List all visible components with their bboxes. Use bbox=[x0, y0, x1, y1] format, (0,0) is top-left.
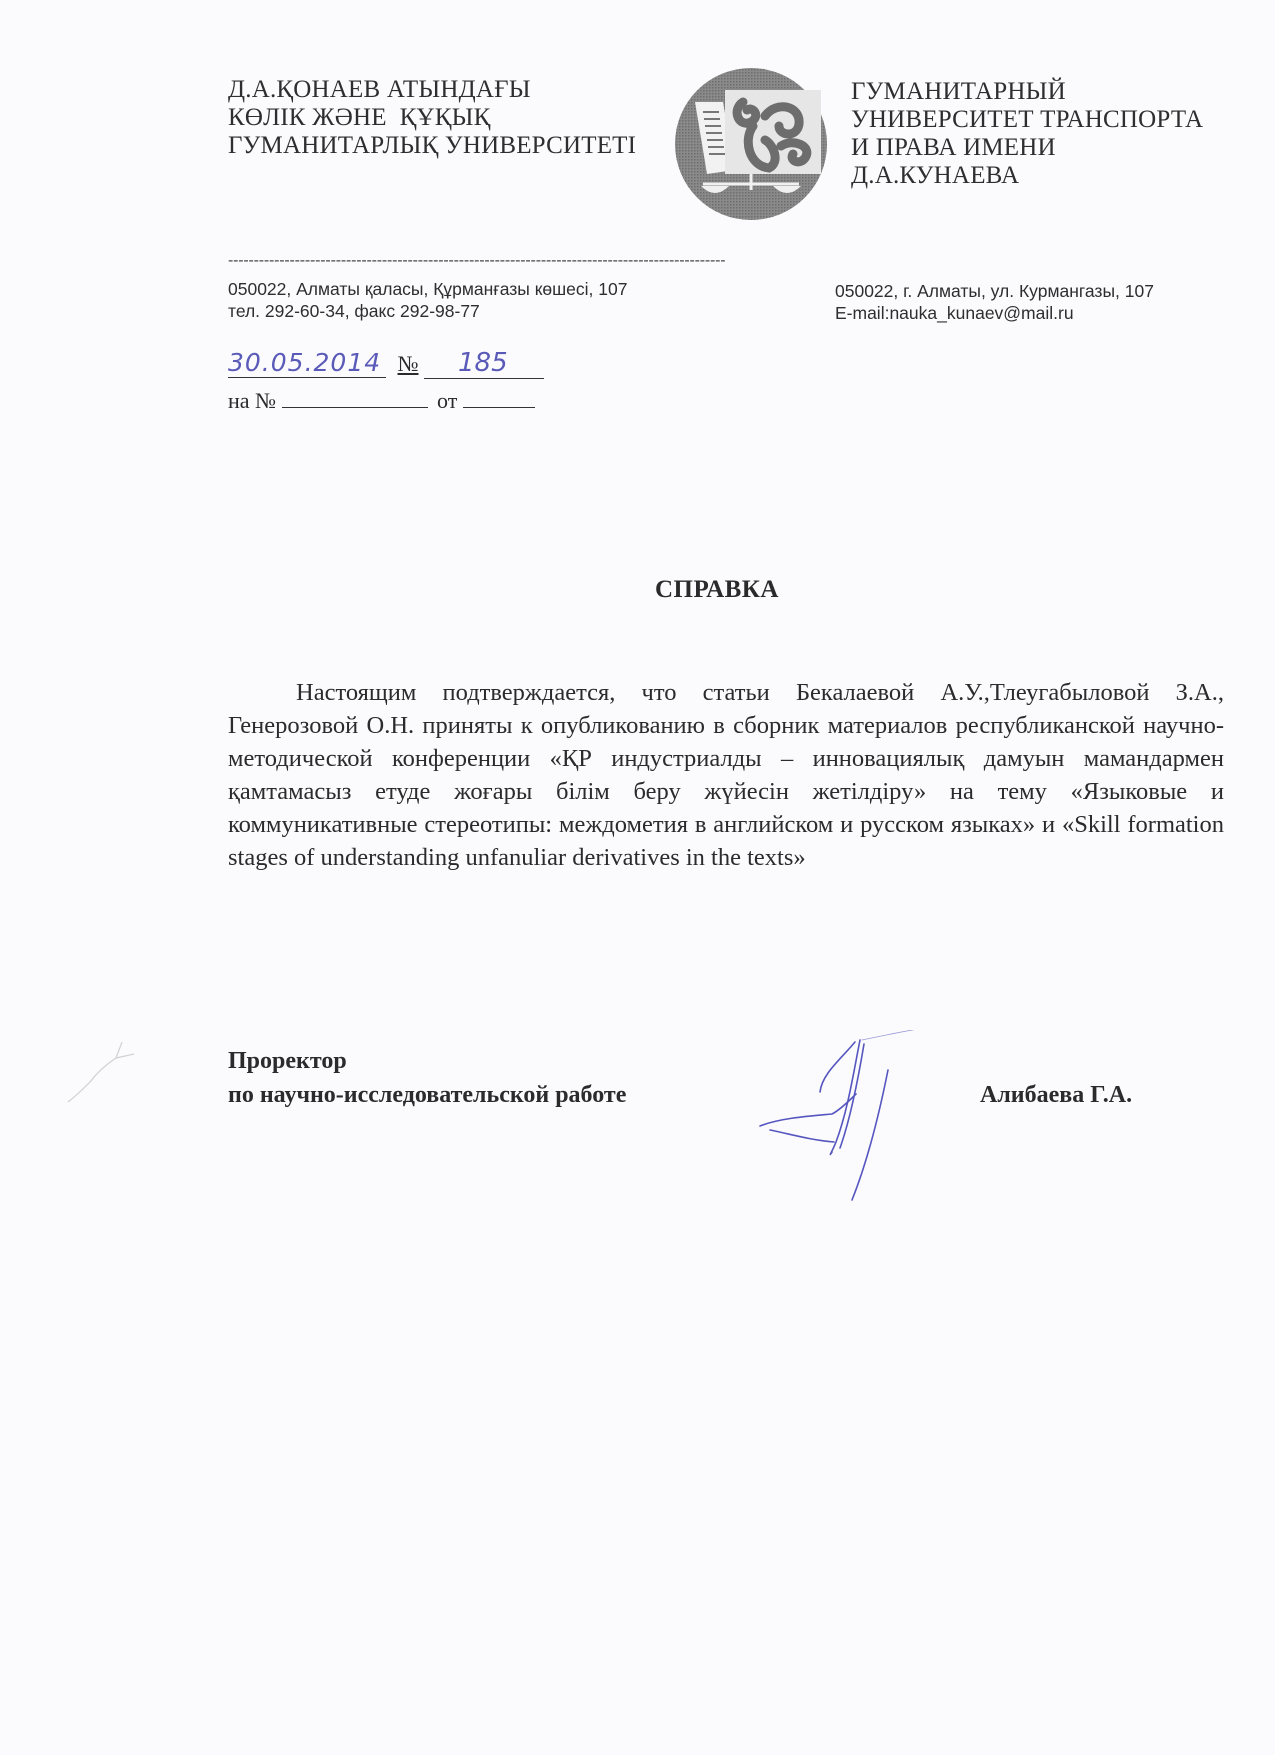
reply-to-label: на № bbox=[228, 388, 276, 413]
outgoing-date: 30.05.2014 bbox=[228, 348, 386, 378]
body-paragraph: Настоящим подтверждается, что статьи Бек… bbox=[228, 676, 1224, 874]
from-label: от bbox=[437, 388, 457, 413]
position-line-1: Проректор bbox=[228, 1044, 626, 1078]
email-line: E-mail:nauka_kunaev@mail.ru bbox=[835, 302, 1154, 324]
outgoing-number: 185 bbox=[424, 348, 544, 379]
letterhead-kz-line: Д.А.ҚОНАЕВ АТЫНДАҒЫ bbox=[228, 76, 636, 104]
email-label: E-mail: bbox=[835, 303, 889, 323]
reply-to-number-field bbox=[282, 389, 428, 408]
number-label: № bbox=[398, 351, 419, 376]
document-title: СПРАВКА bbox=[655, 576, 779, 604]
letterhead-kz: Д.А.ҚОНАЕВ АТЫНДАҒЫ КӨЛІК ЖӘНЕ ҚҰҚЫҚ ГУМ… bbox=[228, 76, 636, 160]
letterhead-ru-line: И ПРАВА ИМЕНИ bbox=[851, 134, 1203, 162]
letterhead-kz-line: ГУМАНИТАРЛЫҚ УНИВЕРСИТЕТІ bbox=[228, 132, 636, 160]
signatory-position: Проректор по научно-исследовательской ра… bbox=[228, 1044, 626, 1112]
address-ru: 050022, г. Алматы, ул. Курмангазы, 107 bbox=[835, 280, 1154, 302]
letterhead-kz-line: КӨЛІК ЖӘНЕ ҚҰҚЫҚ bbox=[228, 104, 636, 132]
position-line-2: по научно-исследовательской работе bbox=[228, 1078, 626, 1112]
address-kz: 050022, Алматы қаласы, Құрманғазы көшесі… bbox=[228, 278, 627, 300]
letterhead-ru-line: Д.А.КУНАЕВА bbox=[851, 162, 1203, 190]
address-ru-block: 050022, г. Алматы, ул. Курмангазы, 107 E… bbox=[835, 280, 1154, 324]
document-body: Настоящим подтверждается, что статьи Бек… bbox=[228, 676, 1224, 874]
university-emblem-icon bbox=[673, 66, 829, 222]
letterhead-ru-line: ГУМАНИТАРНЫЙ bbox=[851, 78, 1203, 106]
address-kz-block: 050022, Алматы қаласы, Құрманғазы көшесі… bbox=[228, 278, 627, 322]
letterhead-ru-line: УНИВЕРСИТЕТ ТРАНСПОРТА bbox=[851, 106, 1203, 134]
margin-scribble-icon bbox=[64, 1030, 144, 1110]
reference-reply: на № от bbox=[228, 388, 535, 414]
letterhead-divider: ----------------------------------------… bbox=[228, 252, 963, 270]
letterhead-ru: ГУМАНИТАРНЫЙ УНИВЕРСИТЕТ ТРАНСПОРТА И ПР… bbox=[851, 78, 1203, 190]
phone-fax: тел. 292-60-34, факс 292-98-77 bbox=[228, 300, 627, 322]
email-address[interactable]: nauka_kunaev@mail.ru bbox=[889, 303, 1073, 323]
reference-date-number: 30.05.2014 № 185 bbox=[228, 348, 544, 379]
from-date-field bbox=[463, 389, 535, 408]
signatory-name: Алибаева Г.А. bbox=[980, 1078, 1132, 1112]
handwritten-signature-icon bbox=[750, 1030, 950, 1210]
